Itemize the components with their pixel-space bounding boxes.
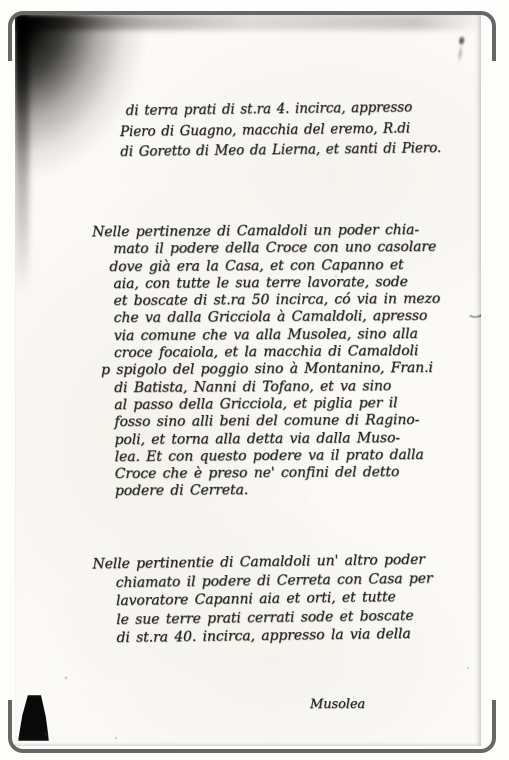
- paper-specks: [15, 15, 17, 17]
- handwritten-line: di Goretto di Meo da Lierna, et santi di…: [120, 138, 441, 162]
- scan-shadow-top-edge: [15, 15, 481, 30]
- handwritten-line: Croce che è preso ne' confini del detto: [94, 464, 442, 484]
- handwritten-line: fosso sino alli beni del comune di Ragin…: [93, 412, 441, 432]
- paragraph-bottom: Nelle pertinentie di Camaldoli un' altro…: [92, 551, 433, 648]
- handwritten-line: p spigolo del poggio sino à Montanino, F…: [93, 360, 441, 380]
- handwritten-line: poli, et torna alla detta via dalla Muso…: [93, 429, 441, 449]
- handwritten-line: che va dalla Gricciola à Camaldoli, apre…: [93, 308, 441, 328]
- ink-wedge-bottom-left: [18, 695, 49, 741]
- paragraph-middle: Nelle pertinenze di Camaldoli un poder c…: [92, 222, 442, 501]
- manuscript-page: di terra prati di st.ra 4. incirca, appr…: [15, 15, 481, 746]
- scan-viewport: di terra prati di st.ra 4. incirca, appr…: [0, 0, 509, 760]
- catchword: Musolea: [310, 697, 365, 712]
- handwritten-line: podere di Cerreta.: [94, 481, 442, 501]
- handwritten-line: mato il podere della Croce con uno casol…: [92, 239, 440, 259]
- scan-shadow-left-edge: [15, 15, 29, 295]
- pen-mark-right-margin: [469, 303, 481, 320]
- paragraph-top: di terra prati di st.ra 4. incirca, appr…: [120, 97, 442, 162]
- handwritten-line: di st.ra 40. incirca, appresso la via de…: [93, 625, 433, 648]
- ink-smudge-top-right: [454, 34, 467, 65]
